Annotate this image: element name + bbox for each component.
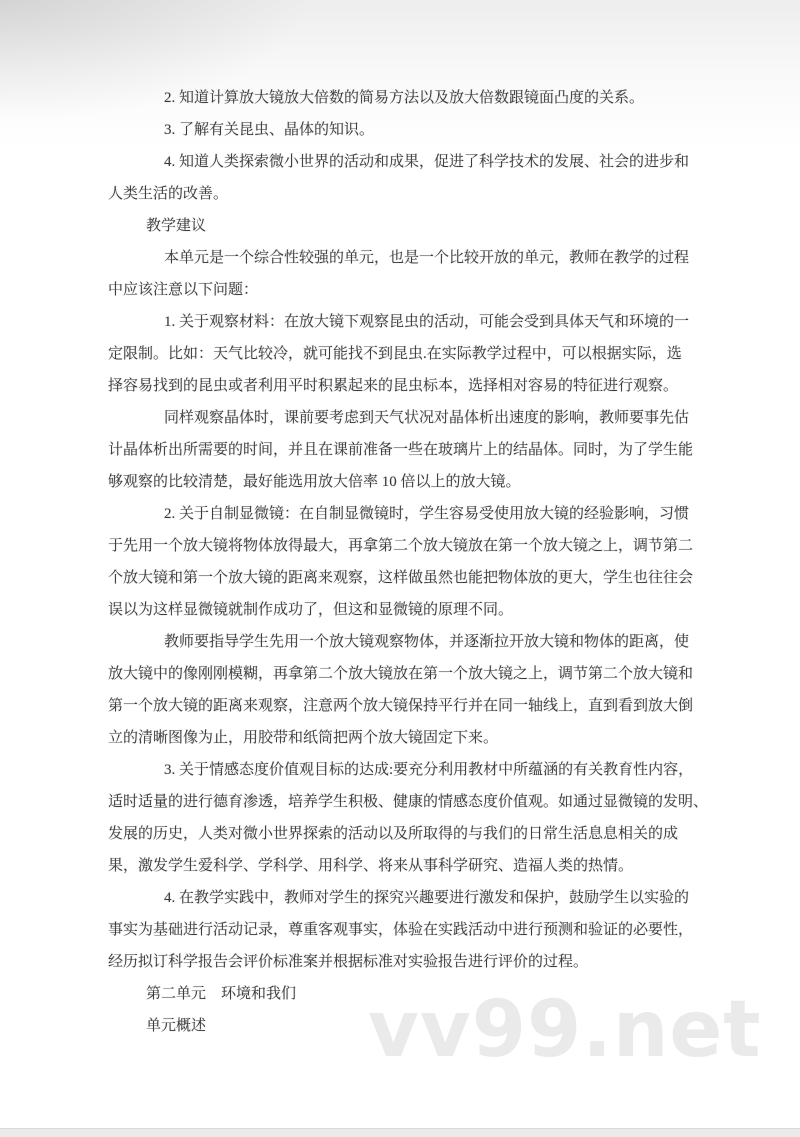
section-heading: 教学建议	[108, 210, 672, 242]
text-line: 人类生活的改善。	[108, 178, 672, 210]
text-line: 个放大镜和第一个放大镜的距离来观察，这样做虽然也能把物体放的更大，学生也往往会	[108, 562, 672, 594]
text-line: 1. 关于观察材料：在放大镜下观察昆虫的活动，可能会受到具体天气和环境的一	[108, 306, 672, 338]
text-line: 经历拟订科学报告会评价标准案并根据标准对实验报告进行评价的过程。	[108, 946, 672, 978]
text-line: 事实为基础进行活动记录，尊重客观事实，体验在实践活动中进行预测和验证的必要性，	[108, 914, 672, 946]
text-line: 果，激发学生爱科学、学科学、用科学、将来从事科学研究、造福人类的热情。	[108, 850, 672, 882]
text-line: 4. 在教学实践中，教师对学生的探究兴趣要进行激发和保护，鼓励学生以实验的	[108, 882, 672, 914]
text-line: 中应该注意以下问题：	[108, 274, 672, 306]
text-line: 2. 关于自制显微镜：在自制显微镜时，学生容易受使用放大镜的经验影响，习惯	[108, 498, 672, 530]
text-line: 于先用一个放大镜将物体放得最大，再拿第二个放大镜放在第一个放大镜之上，调节第二	[108, 530, 672, 562]
page-bottom-edge	[0, 1128, 800, 1137]
text-line: 够观察的比较清楚，最好能选用放大倍率 10 倍以上的放大镜。	[108, 466, 672, 498]
text-line: 同样观察晶体时，课前要考虑到天气状况对晶体析出速度的影响，教师要事先估	[108, 402, 672, 434]
text-line: 放大镜中的像刚刚模糊，再拿第二个放大镜放在第一个放大镜之上，调节第二个放大镜和	[108, 658, 672, 690]
text-line: 第一个放大镜的距离来观察，注意两个放大镜保持平行并在同一轴线上，直到看到放大倒	[108, 690, 672, 722]
text-line: 3. 关于情感态度价值观目标的达成:要充分利用教材中所蕴涵的有关教育性内容，	[108, 754, 672, 786]
unit-subheading: 单元概述	[108, 1010, 672, 1042]
document-page: 2. 知道计算放大镜放大倍数的简易方法以及放大倍数跟镜面凸度的关系。 3. 了解…	[108, 82, 672, 1042]
unit-heading: 第二单元 环境和我们	[108, 978, 672, 1010]
text-line: 立的清晰图像为止，用胶带和纸筒把两个放大镜固定下来。	[108, 722, 672, 754]
text-line: 本单元是一个综合性较强的单元，也是一个比较开放的单元，教师在教学的过程	[108, 242, 672, 274]
text-line: 误以为这样显微镜就制作成功了，但这和显微镜的原理不同。	[108, 594, 672, 626]
text-line: 发展的历史，人类对微小世界探索的活动以及所取得的与我们的日常生活息息相关的成	[108, 818, 672, 850]
text-line: 计晶体析出所需要的时间，并且在课前准备一些在玻璃片上的结晶体。同时，为了学生能	[108, 434, 672, 466]
text-line: 择容易找到的昆虫或者利用平时积累起来的昆虫标本，选择相对容易的特征进行观察。	[108, 370, 672, 402]
text-line: 2. 知道计算放大镜放大倍数的简易方法以及放大倍数跟镜面凸度的关系。	[108, 82, 672, 114]
text-line: 教师要指导学生先用一个放大镜观察物体，并逐渐拉开放大镜和物体的距离，使	[108, 626, 672, 658]
text-line: 定限制。比如：天气比较冷，就可能找不到昆虫.在实际教学过程中，可以根据实际，选	[108, 338, 672, 370]
text-line: 3. 了解有关昆虫、晶体的知识。	[108, 114, 672, 146]
text-line: 4. 知道人类探索微小世界的活动和成果，促进了科学技术的发展、社会的进步和	[108, 146, 672, 178]
text-line: 适时适量的进行德育渗透，培养学生积极、健康的情感态度价值观。如通过显微镜的发明、	[108, 786, 672, 818]
